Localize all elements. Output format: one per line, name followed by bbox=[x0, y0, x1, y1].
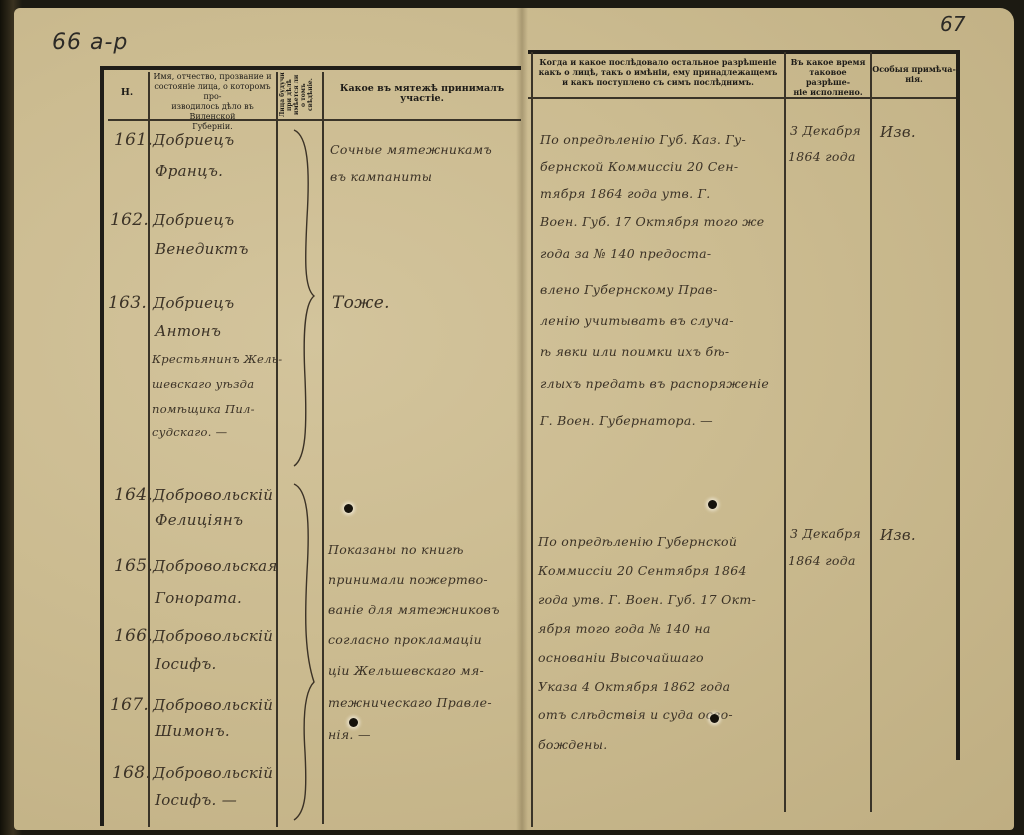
header-executed-line: таковое разрѣше- bbox=[786, 67, 870, 87]
entry-given-name: Венедиктъ bbox=[155, 241, 249, 258]
decision-line: Воен. Губ. 17 Октября того же bbox=[540, 215, 765, 229]
entry-number: 164. bbox=[114, 487, 153, 504]
header-name-line: Имя, отчество, прозвание и bbox=[150, 72, 275, 82]
header-executed: Въ какое время таковое разрѣше- ніе испо… bbox=[786, 57, 870, 97]
top-border-left bbox=[103, 66, 521, 70]
participation-line: принимали пожертво- bbox=[328, 573, 488, 587]
participation-line: Сочные мятежникамъ bbox=[330, 143, 492, 157]
entry-given-name: Антонъ bbox=[155, 323, 221, 340]
entry-given-name: Фелиціянъ bbox=[155, 512, 243, 529]
entry-surname: Добровольскій bbox=[153, 765, 273, 782]
header-notes-line: нія. bbox=[872, 74, 956, 84]
notes-text: Изв. bbox=[880, 527, 916, 544]
header-number: Н. bbox=[108, 88, 146, 98]
decision-line: По опредѣленію Губ. Каз. Гу- bbox=[540, 133, 746, 147]
executed-date-line: 3 Декабря bbox=[790, 527, 861, 541]
executed-date-line: 3 Декабря bbox=[790, 124, 861, 138]
decision-line: Коммиссіи 20 Сентября 1864 bbox=[538, 564, 747, 578]
participation-line: въ кампаниты bbox=[330, 170, 432, 184]
participation-line: Показаны по книгѣ bbox=[328, 543, 464, 557]
col-rule-evidence bbox=[322, 72, 324, 824]
entry-surname: Добриецъ bbox=[153, 132, 234, 149]
decision-line: глыхъ предать въ распоряженіе bbox=[540, 377, 769, 391]
entry-number: 166. bbox=[114, 628, 153, 645]
participation-line: тежническаго Правле- bbox=[328, 696, 492, 710]
entry-number: 161. bbox=[114, 132, 153, 149]
entry-number: 167. bbox=[110, 697, 149, 714]
entry-number: 162. bbox=[110, 212, 149, 229]
entry-given-name: Гонората. bbox=[155, 590, 242, 607]
entry-surname: Добровольскій bbox=[153, 628, 273, 645]
col-rule-executed bbox=[870, 52, 872, 812]
entry-status-line: Крестьянинъ Жель- bbox=[152, 352, 282, 366]
decision-line: отъ слѣдствія и суда осво- bbox=[538, 708, 733, 722]
group-brace-icon bbox=[290, 128, 320, 468]
header-evidence: Лица будучи при дѣлѣ имѣется ли о томъ с… bbox=[279, 72, 321, 118]
decision-line: бождены. bbox=[538, 738, 607, 752]
header-underline-right bbox=[528, 97, 960, 99]
header-decision: Когда и какое послѣдовало остальное разр… bbox=[533, 57, 783, 87]
header-decision-line: Когда и какое послѣдовало остальное разр… bbox=[533, 57, 783, 67]
header-decision-line: и какъ поступлено съ симъ послѣднимъ. bbox=[533, 77, 783, 87]
decision-line: влено Губернскому Прав- bbox=[540, 283, 718, 297]
decision-line: По опредѣленію Губернской bbox=[538, 535, 737, 549]
entry-status-line: шевскаго уѣзда bbox=[152, 377, 254, 391]
entry-surname: Добровольская bbox=[153, 558, 278, 575]
header-participation: Какое въ мятежѣ принималъ участіе. bbox=[324, 84, 520, 104]
decision-line: тября 1864 года утв. Г. bbox=[540, 187, 710, 201]
entry-status-line: помѣщика Пил- bbox=[152, 402, 255, 416]
entry-given-name: Іосифъ. bbox=[155, 656, 217, 673]
header-executed-line: Въ какое время bbox=[786, 57, 870, 67]
binding-hole bbox=[344, 504, 353, 513]
entry-surname: Добриецъ bbox=[153, 295, 234, 312]
header-notes-line: Особыя примѣча- bbox=[872, 64, 956, 74]
book-gutter bbox=[516, 8, 528, 830]
participation-line: согласно прокламаціи bbox=[328, 633, 482, 647]
folio-number-left: 66 a-p bbox=[52, 30, 128, 55]
notes-text: Изв. bbox=[880, 124, 916, 141]
entry-surname: Добриецъ bbox=[153, 212, 234, 229]
col-rule-decision-left bbox=[531, 52, 533, 827]
col-rule-decision bbox=[784, 52, 786, 812]
group-brace-icon bbox=[290, 482, 320, 822]
entry-status-line: судскаго. — bbox=[152, 425, 227, 439]
header-executed-line: ніе исполнено. bbox=[786, 87, 870, 97]
decision-line: ября того года № 140 на bbox=[538, 622, 711, 636]
header-name-line: изводилось дѣло въ Виленской bbox=[150, 102, 275, 122]
decision-line: Г. Воен. Губернатора. — bbox=[540, 414, 713, 428]
header-notes: Особыя примѣча- нія. bbox=[872, 64, 956, 84]
decision-line: бернской Коммиссіи 20 Сен- bbox=[540, 160, 738, 174]
decision-line: Указа 4 Октября 1862 года bbox=[538, 680, 730, 694]
outer-rule-left bbox=[100, 66, 104, 826]
binding-hole bbox=[349, 718, 358, 727]
header-name-line: состояніе лица, о которомъ про- bbox=[150, 82, 275, 102]
header-decision-line: какъ о лицѣ, такъ о имѣніи, ему принадле… bbox=[533, 67, 783, 77]
entry-number: 163. bbox=[108, 295, 147, 312]
folio-number-right: 67 bbox=[940, 12, 965, 36]
decision-line: ѣ явки или поимки ихъ бѣ- bbox=[540, 345, 729, 359]
entry-surname: Добровольскій bbox=[153, 487, 273, 504]
executed-date-line: 1864 года bbox=[788, 150, 856, 164]
participation-line: нія. — bbox=[328, 728, 371, 742]
decision-line: года за № 140 предоста- bbox=[540, 247, 711, 261]
participation-line: ваніе для мятежниковъ bbox=[328, 603, 500, 617]
decision-line: ленію учитывать въ случа- bbox=[540, 314, 734, 328]
entry-given-name: Шимонъ. bbox=[155, 723, 230, 740]
binding-hole bbox=[708, 500, 717, 509]
outer-rule-right bbox=[956, 50, 960, 760]
top-border-right bbox=[528, 50, 960, 54]
decision-line: года утв. Г. Воен. Губ. 17 Окт- bbox=[538, 593, 756, 607]
col-rule-name bbox=[276, 72, 278, 827]
participation-ditto: Тоже. bbox=[332, 295, 390, 312]
entry-surname: Добровольскій bbox=[153, 697, 273, 714]
executed-date-line: 1864 года bbox=[788, 554, 856, 568]
header-name: Имя, отчество, прозвание и состояніе лиц… bbox=[150, 72, 275, 132]
entry-number: 168. bbox=[112, 765, 151, 782]
entry-number: 165. bbox=[114, 558, 153, 575]
participation-line: ціи Жельшевскаго мя- bbox=[328, 664, 484, 678]
decision-line: основаніи Высочайшаго bbox=[538, 651, 704, 665]
binding-hole bbox=[710, 714, 719, 723]
entry-given-name: Францъ. bbox=[155, 163, 223, 180]
entry-given-name: Іосифъ. — bbox=[155, 792, 237, 809]
